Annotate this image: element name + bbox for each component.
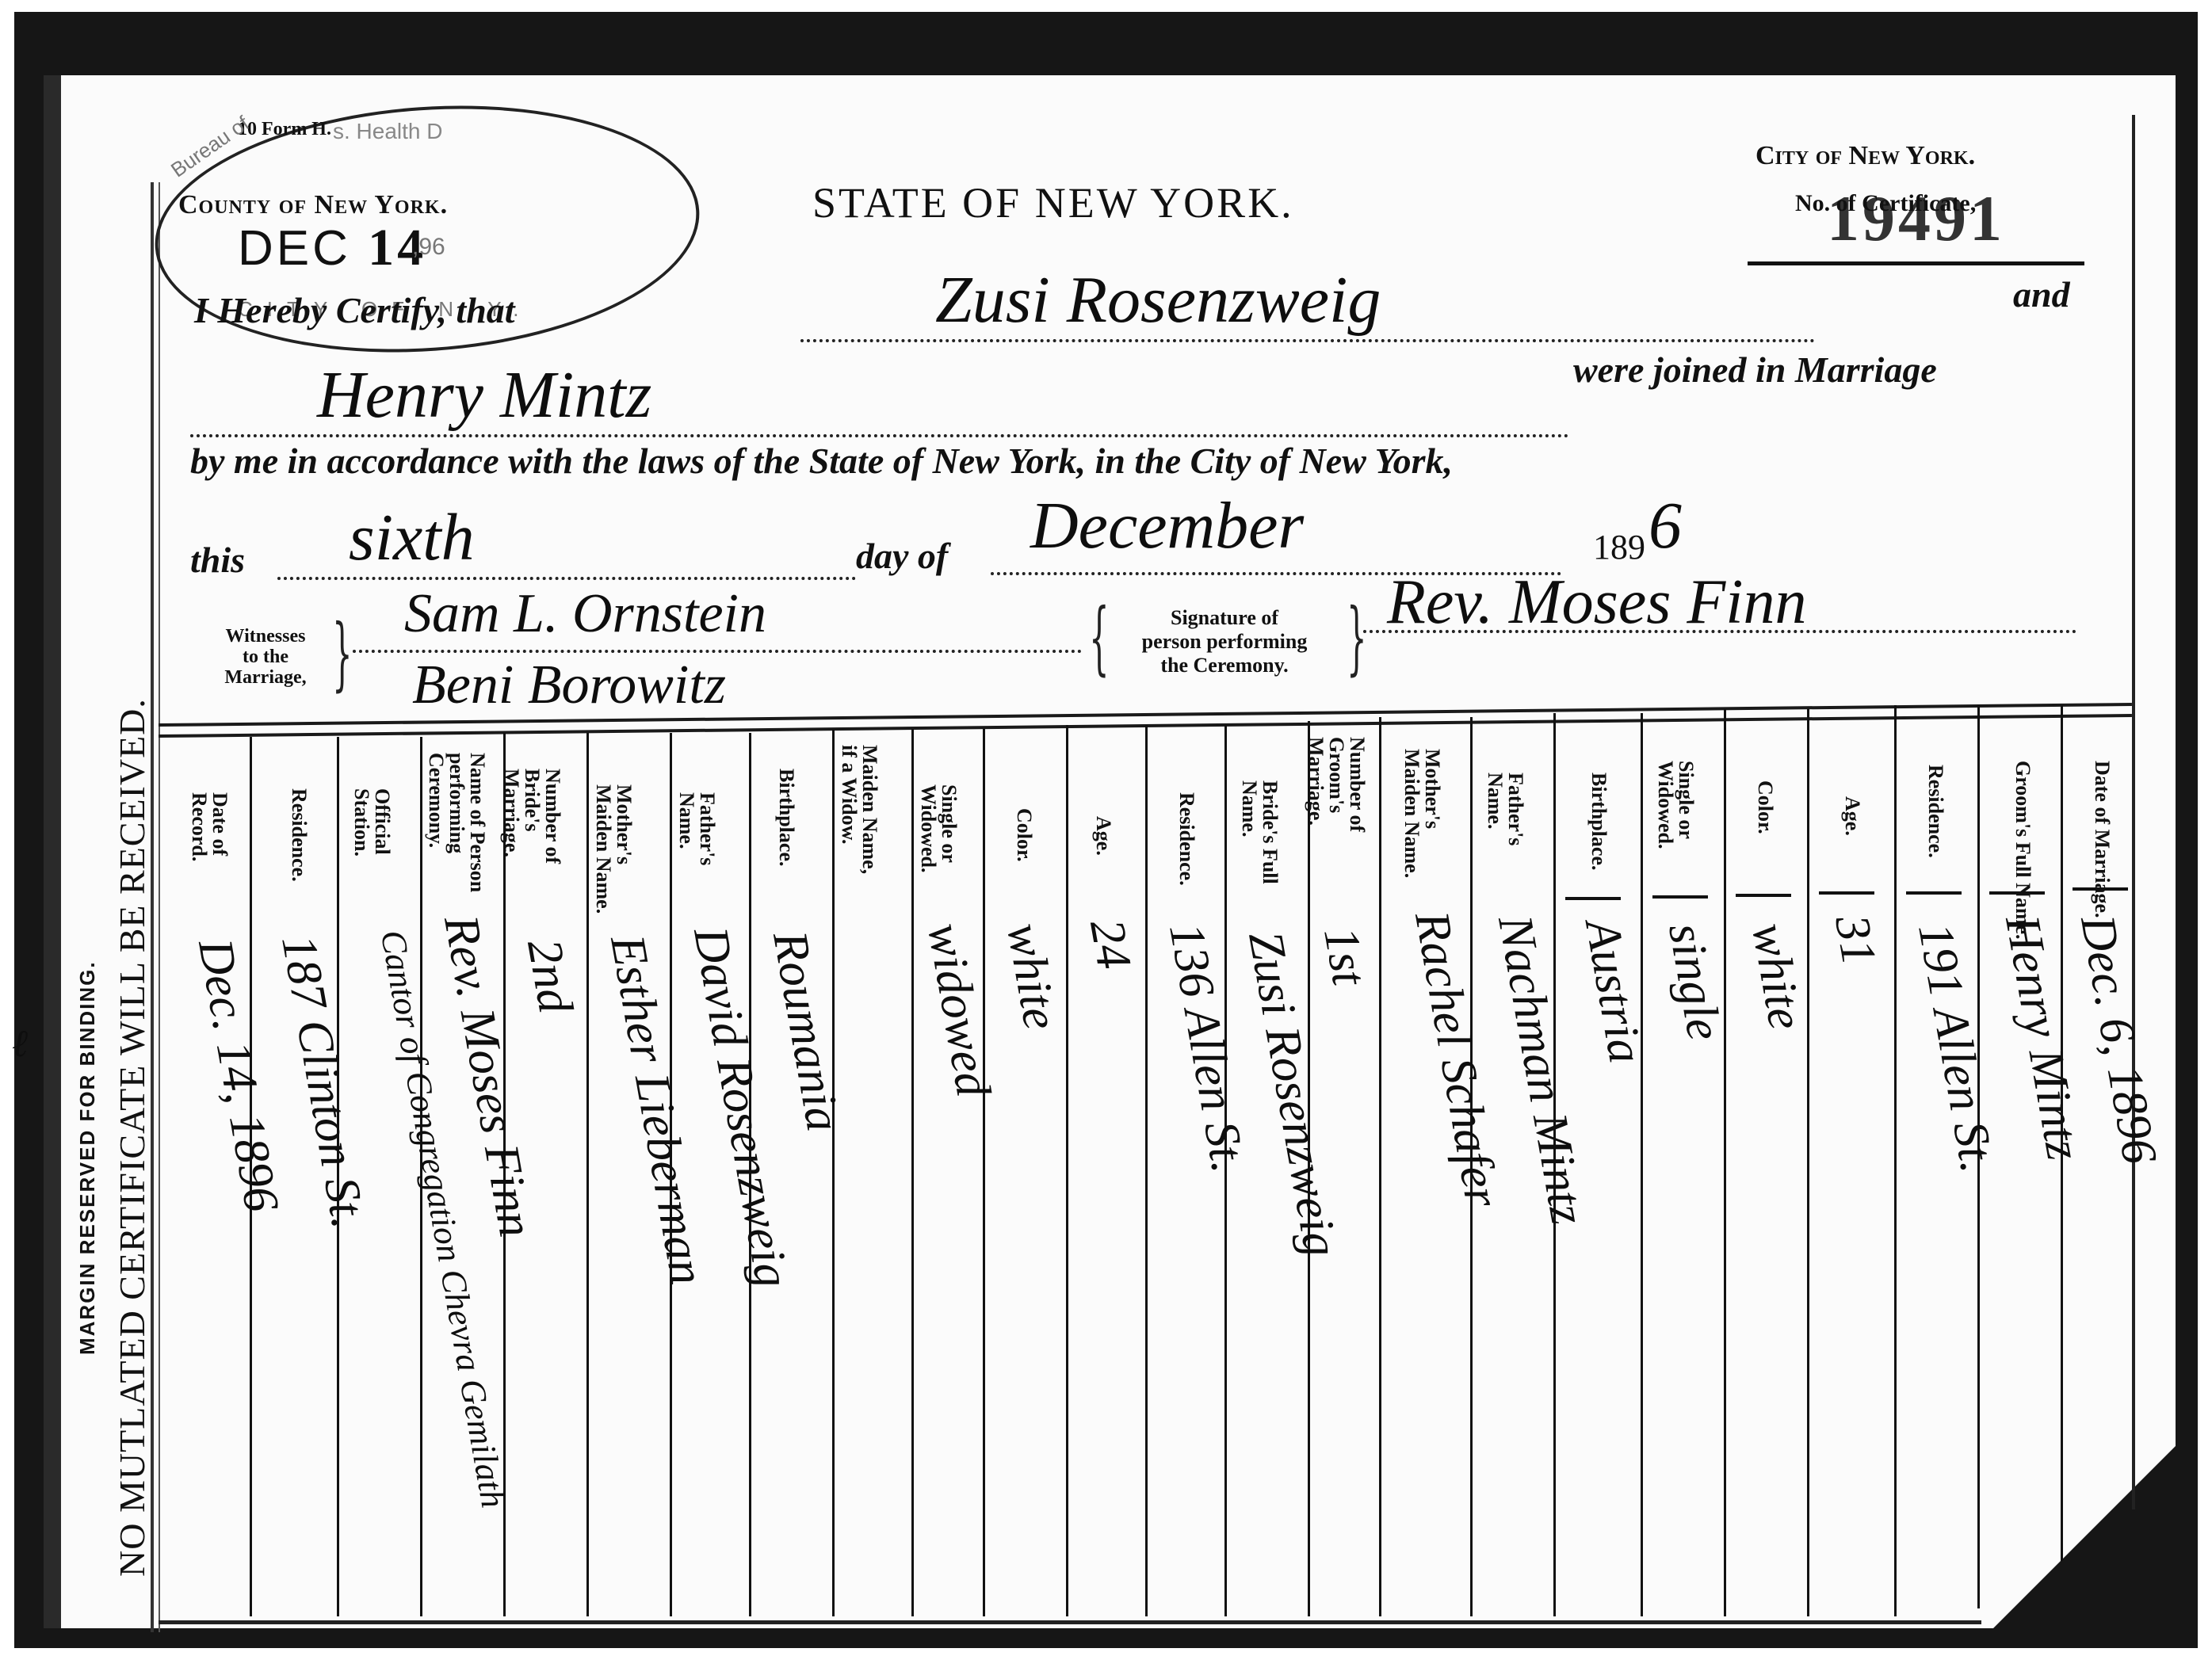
left-border-rule-inner bbox=[159, 182, 160, 1632]
stamp-bureau-text: s. Health D bbox=[333, 119, 443, 144]
header-bride-single-widowed: Single or Widowed. bbox=[918, 784, 959, 903]
header-groom-mother: Mother's Maiden Name. bbox=[1401, 749, 1442, 899]
value-groom-age: 31 bbox=[1823, 911, 1887, 969]
value-bride-age: 24 bbox=[1078, 915, 1142, 973]
certificate-number-underline bbox=[1748, 261, 2084, 265]
header-date-of-record: Date of Record. bbox=[189, 792, 230, 872]
party2-line bbox=[190, 434, 1569, 437]
year-suffix: 6 bbox=[1648, 487, 1682, 564]
certificate-number: 19491 bbox=[1827, 186, 2005, 251]
header-underline bbox=[1906, 891, 1962, 895]
witness2-signature: Beni Borowitz bbox=[412, 654, 726, 717]
col-rule bbox=[1145, 725, 1148, 1616]
header-underline bbox=[1736, 894, 1791, 897]
header-bride-full-name: Bride's Full Name. bbox=[1239, 780, 1280, 899]
party2-name: Henry Mintz bbox=[317, 357, 651, 433]
document-title: STATE OF NEW YORK. bbox=[812, 178, 1294, 227]
header-officiant-residence: Residence. bbox=[288, 788, 309, 882]
header-groom-age: Age. bbox=[1842, 796, 1862, 836]
margin-ink-mark: ℓ bbox=[12, 1022, 28, 1066]
stamp-date: DEC 14 bbox=[238, 218, 426, 278]
witness1-signature: Sam L. Ornstein bbox=[404, 582, 766, 646]
torn-corner bbox=[1993, 1446, 2176, 1628]
party1-name: Zusi Rosenzweig bbox=[935, 261, 1381, 338]
col-rule bbox=[1724, 709, 1726, 1616]
day-of-label: day of bbox=[856, 535, 948, 577]
stamp-year: ,96 bbox=[412, 234, 445, 261]
table-bottom-rule bbox=[159, 1620, 1981, 1624]
and-label: and bbox=[2013, 273, 2070, 315]
header-groom-birthplace: Birthplace. bbox=[1588, 773, 1609, 871]
header-bride-marriage-number: Number of Bride's Marriage. bbox=[501, 769, 563, 887]
header-bride-mother: Mother's Maiden Name. bbox=[593, 784, 634, 935]
col-rule bbox=[1066, 725, 1068, 1616]
header-underline bbox=[1652, 895, 1708, 899]
header-bride-birthplace: Birthplace. bbox=[776, 769, 797, 867]
witness-brace: } bbox=[332, 614, 352, 693]
header-underline bbox=[1989, 891, 2045, 895]
col-rule bbox=[1894, 705, 1897, 1616]
mutilated-warning: NO MUTLATED CERTIFICATE WILL BE RECEIVED… bbox=[111, 698, 153, 1577]
county-label: County of New York. bbox=[178, 190, 448, 220]
day-value: sixth bbox=[349, 499, 475, 576]
certify-intro: I Hereby Certify, that bbox=[194, 289, 515, 331]
officiant-signature: Rev. Moses Finn bbox=[1387, 567, 1806, 639]
witnesses-label: Witnesses to the Marriage, bbox=[190, 626, 341, 688]
col-rule bbox=[1641, 713, 1643, 1616]
stamp-month: DEC bbox=[238, 221, 351, 276]
header-bride-maiden-name: Maiden Name, if a Widow. bbox=[839, 745, 880, 880]
header-groom-single-widowed: Single or Widowed. bbox=[1655, 761, 1696, 887]
month-value: December bbox=[1030, 487, 1304, 564]
header-bride-age: Age. bbox=[1093, 816, 1114, 856]
right-border-rule bbox=[2132, 115, 2135, 1509]
col-rule bbox=[983, 729, 985, 1616]
header-underline bbox=[2073, 887, 2128, 891]
col-rule bbox=[1807, 709, 1809, 1616]
header-underline bbox=[1565, 897, 1621, 900]
header-groom-father: Father's Name. bbox=[1484, 773, 1526, 860]
this-label: this bbox=[190, 539, 245, 581]
header-bride-residence: Residence. bbox=[1176, 792, 1197, 886]
col-rule bbox=[1379, 717, 1381, 1616]
header-date-of-marriage: Date of Marriage. bbox=[2092, 761, 2112, 918]
joined-label: were joined in Marriage bbox=[1573, 349, 1937, 391]
header-bride-father: Father's Name. bbox=[676, 792, 717, 880]
accordance-text: by me in accordance with the laws of the… bbox=[190, 440, 1453, 482]
col-rule bbox=[586, 733, 589, 1616]
year-prefix: 189 bbox=[1593, 527, 1645, 567]
header-underline bbox=[1819, 891, 1874, 895]
header-groom-full-name: Groom's Full Name. bbox=[2012, 761, 2033, 940]
header-groom-marriage-number: Number of Groom's Marriage. bbox=[1305, 737, 1367, 856]
officiant-label: Signature of person performing the Cerem… bbox=[1106, 606, 1343, 677]
officiant-brace-right: } bbox=[1347, 598, 1366, 677]
city-header: City of New York. bbox=[1755, 141, 1975, 171]
party1-line bbox=[800, 339, 1815, 342]
col-rule bbox=[911, 729, 914, 1616]
value-groom-marriage-number: 1st bbox=[1312, 923, 1377, 990]
margin-reserved-note: MARGIN RESERVED FOR BINDING. bbox=[75, 960, 100, 1355]
col-rule bbox=[832, 729, 835, 1616]
witness1-line bbox=[353, 650, 1082, 653]
binding-strip bbox=[44, 75, 61, 1628]
header-officiant-name: Name of Person performing Ceremony. bbox=[426, 753, 487, 911]
day-line bbox=[277, 577, 856, 580]
header-groom-color: Color. bbox=[1755, 780, 1775, 834]
header-bride-color: Color. bbox=[1014, 808, 1034, 862]
header-groom-residence: Residence. bbox=[1925, 765, 1946, 858]
header-official-station: Official Station. bbox=[351, 788, 392, 876]
